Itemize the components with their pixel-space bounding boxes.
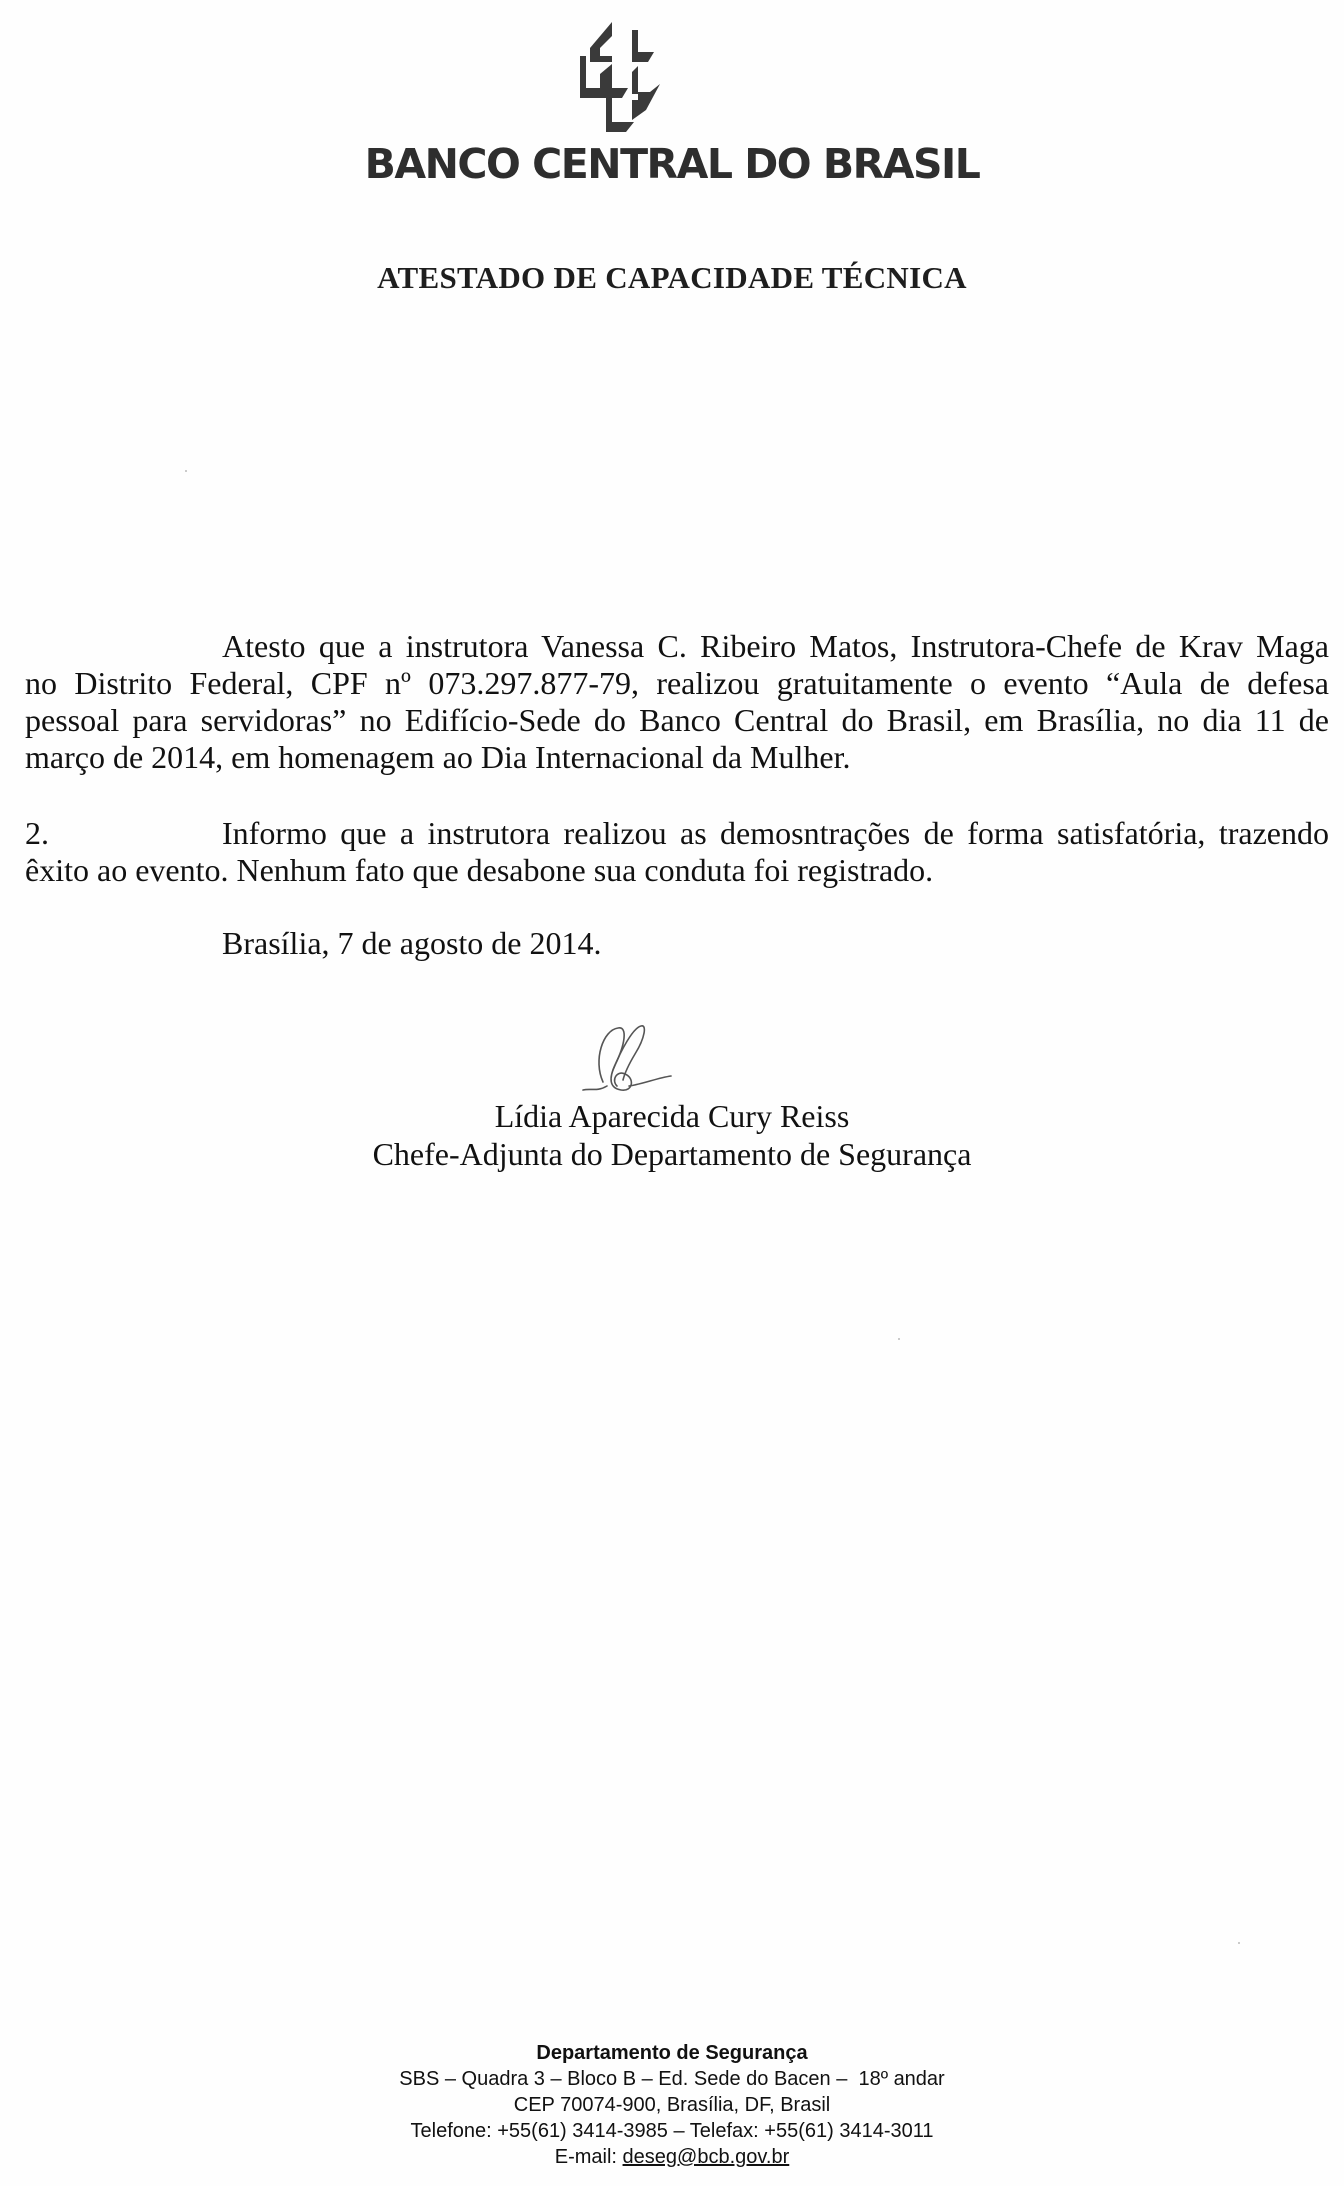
footer-address-line-1: SBS – Quadra 3 – Bloco B – Ed. Sede do B… (0, 2066, 1344, 2092)
brand-name: BANCO CENTRAL DO BRASIL (0, 140, 1344, 188)
paragraph-1: Atesto que a instrutora Vanessa C. Ribei… (25, 628, 1329, 776)
signature-icon (573, 1020, 703, 1100)
paragraph-1-line: março de 2014, em homenagem ao Dia Inter… (25, 739, 1329, 776)
scan-speck (185, 470, 187, 472)
footer-address-line-2: CEP 70074-900, Brasília, DF, Brasil (0, 2092, 1344, 2118)
footer-email-label: E-mail: (555, 2146, 623, 2168)
banco-central-logo-icon (572, 22, 664, 134)
document-page: BANCO CENTRAL DO BRASIL ATESTADO DE CAPA… (0, 0, 1344, 2186)
paragraph-2: 2.Informo que a instrutora realizou as d… (25, 815, 1329, 889)
paragraph-1-line: pessoal para servidoras” no Edifício-Sed… (25, 702, 1329, 739)
footer-email-line: E-mail: deseg@bcb.gov.br (0, 2144, 1344, 2170)
paragraph-number: 2. (25, 815, 222, 852)
signatory-name: Lídia Aparecida Cury Reiss (0, 1098, 1344, 1135)
paragraph-1-line: no Distrito Federal, CPF nº 073.297.877-… (25, 665, 1329, 702)
footer: Departamento de Segurança SBS – Quadra 3… (0, 2040, 1344, 2170)
footer-email-link[interactable]: deseg@bcb.gov.br (623, 2146, 790, 2168)
date-line: Brasília, 7 de agosto de 2014. (222, 925, 601, 962)
scan-speck (898, 1338, 900, 1340)
footer-phone-line: Telefone: +55(61) 3414-3985 – Telefax: +… (0, 2118, 1344, 2144)
paragraph-2-first-line: 2.Informo que a instrutora realizou as d… (25, 815, 1329, 852)
footer-department: Departamento de Segurança (0, 2040, 1344, 2066)
paragraph-2-line: êxito ao evento. Nenhum fato que desabon… (25, 852, 1329, 889)
paragraph-2-line: Informo que a instrutora realizou as dem… (222, 815, 1329, 851)
paragraph-1-line: Atesto que a instrutora Vanessa C. Ribei… (25, 628, 1329, 665)
signatory-role: Chefe-Adjunta do Departamento de Seguran… (0, 1136, 1344, 1173)
document-title: ATESTADO DE CAPACIDADE TÉCNICA (0, 260, 1344, 296)
scan-speck (1238, 1942, 1240, 1944)
